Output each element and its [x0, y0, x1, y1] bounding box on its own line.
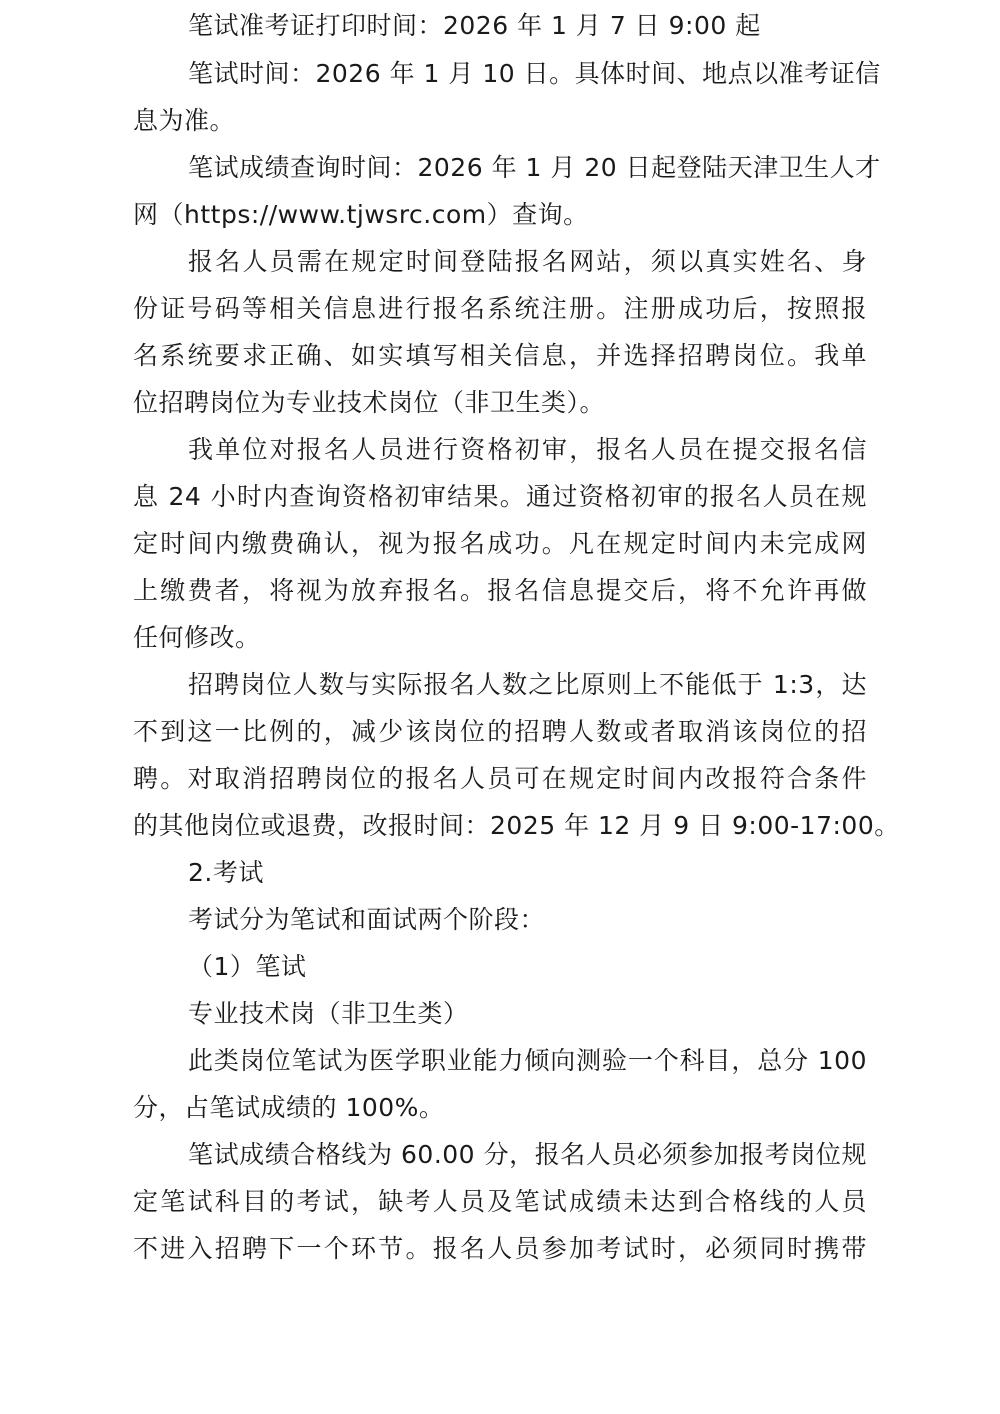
- text-line: 笔试成绩合格线为 60.00 分，报名人员必须参加报考岗位规: [188, 1137, 867, 1173]
- text-line: 定时间内缴费确认，视为报名成功。凡在规定时间内未完成网: [133, 526, 867, 562]
- text-line: 报名人员需在规定时间登陆报名网站，须以真实姓名、身: [188, 244, 867, 280]
- text-line: 笔试时间：2026 年 1 月 10 日。具体时间、地点以准考证信: [188, 56, 867, 92]
- text-line: 笔试成绩查询时间：2026 年 1 月 20 日起登陆天津卫生人才: [188, 150, 867, 186]
- text-line: 上缴费者，将视为放弃报名。报名信息提交后，将不允许再做: [133, 573, 867, 609]
- text-line: 定笔试科目的考试，缺考人员及笔试成绩未达到合格线的人员: [133, 1184, 867, 1220]
- text-line: 不进入招聘下一个环节。报名人员参加考试时，必须同时携带: [133, 1231, 867, 1267]
- text-line: 息为准。: [133, 103, 867, 139]
- url-line: 网（https://www.tjwsrc.com）查询。: [133, 197, 867, 233]
- text-line: 位招聘岗位为专业技术岗位（非卫生类）。: [133, 385, 867, 421]
- text-line: 名系统要求正确、如实填写相关信息，并选择招聘岗位。我单: [133, 338, 867, 374]
- subsection-heading: （1）笔试: [188, 949, 867, 985]
- text-line: 我单位对报名人员进行资格初审，报名人员在提交报名信: [188, 432, 867, 468]
- text-line: 招聘岗位人数与实际报名人数之比原则上不能低于 1:3，达: [188, 667, 867, 703]
- text-line: 份证号码等相关信息进行报名系统注册。注册成功后，按照报: [133, 291, 867, 327]
- text-line: 笔试准考证打印时间：2026 年 1 月 7 日 9:00 起: [188, 8, 867, 44]
- text-line: 任何修改。: [133, 620, 867, 656]
- category-label: 专业技术岗（非卫生类）: [188, 996, 867, 1032]
- text-line: 不到这一比例的，减少该岗位的招聘人数或者取消该岗位的招: [133, 714, 867, 750]
- text-line: 的其他岗位或退费，改报时间：2025 年 12 月 9 日 9:00-17:00…: [133, 808, 867, 844]
- text-line: 分，占笔试成绩的 100%。: [133, 1090, 867, 1126]
- document-page: 笔试准考证打印时间：2026 年 1 月 7 日 9:00 起 笔试时间：202…: [0, 0, 1000, 1414]
- section-heading: 2.考试: [188, 855, 867, 891]
- text-line: 此类岗位笔试为医学职业能力倾向测验一个科目，总分 100: [188, 1043, 867, 1079]
- text-line: 息 24 小时内查询资格初审结果。通过资格初审的报名人员在规: [133, 479, 867, 515]
- text-line: 考试分为笔试和面试两个阶段：: [188, 902, 867, 938]
- text-line: 聘。对取消招聘岗位的报名人员可在规定时间内改报符合条件: [133, 761, 867, 797]
